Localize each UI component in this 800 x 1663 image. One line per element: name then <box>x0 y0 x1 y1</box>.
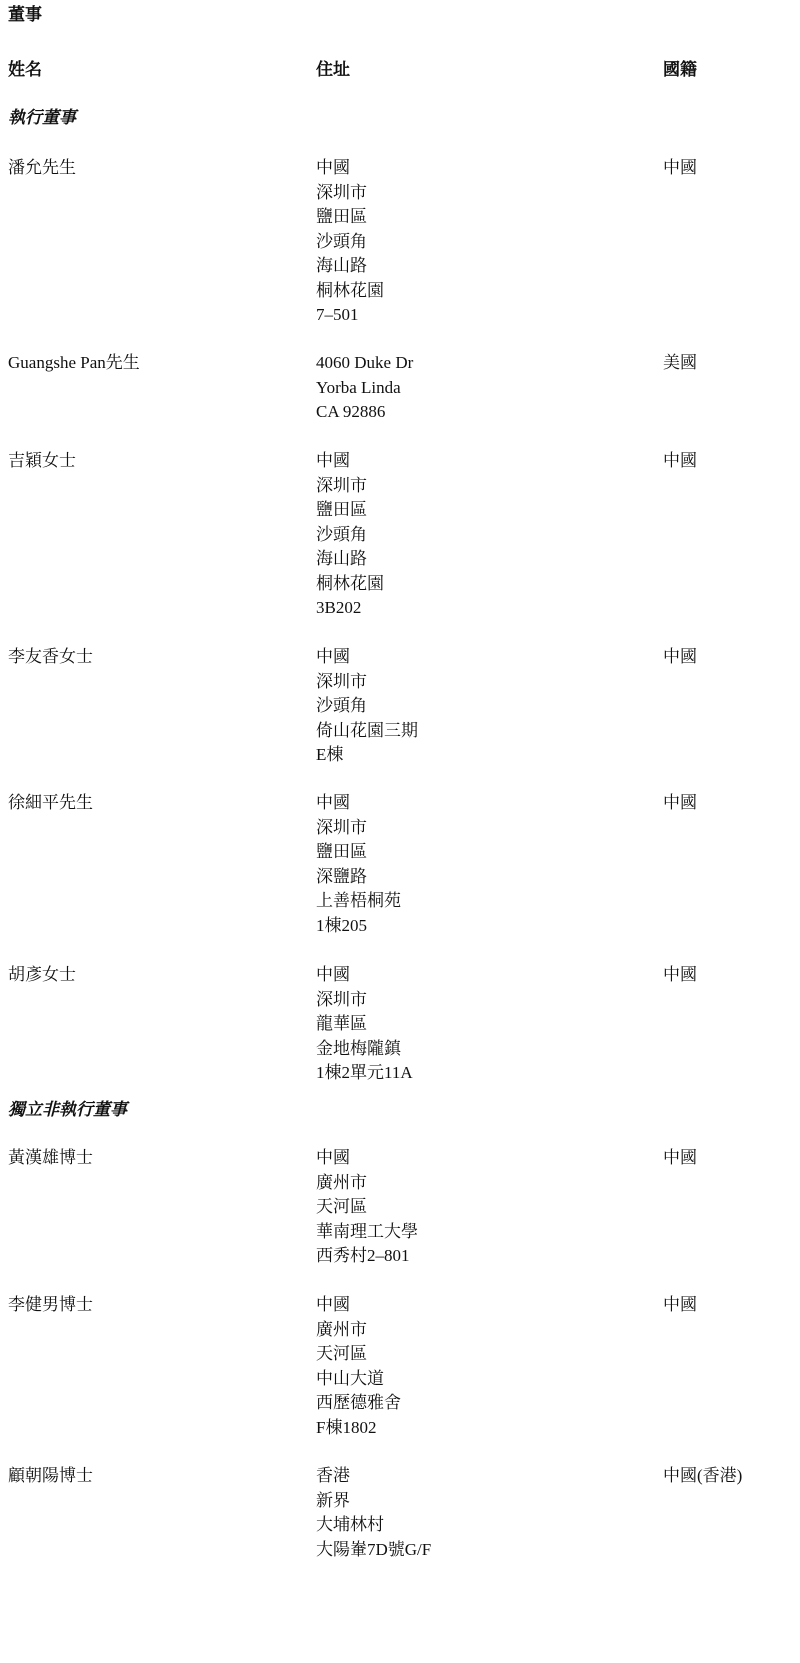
address-line: 天河區 <box>316 1342 401 1367</box>
address-line: 7–501 <box>316 303 384 328</box>
column-header-name: 姓名 <box>8 58 42 83</box>
director-address: 4060 Duke Dr Yorba Linda CA 92886 <box>316 351 413 425</box>
director-nationality: 中國 <box>663 449 697 474</box>
director-address: 中國 深圳市 鹽田區 沙頭角 海山路 桐林花園 7–501 <box>316 156 384 328</box>
address-line: 沙頭角 <box>316 523 384 548</box>
address-line: 中國 <box>316 645 418 670</box>
address-line: 鹽田區 <box>316 205 384 230</box>
address-line: 中國 <box>316 1293 401 1318</box>
address-line: 1棟205 <box>316 914 401 939</box>
section-heading-independent-non-executive-directors: 獨立非執行董事 <box>8 1098 127 1123</box>
director-name: 徐細平先生 <box>8 791 93 816</box>
director-nationality: 中國 <box>663 791 697 816</box>
address-line: 中國 <box>316 449 384 474</box>
address-line: CA 92886 <box>316 400 413 425</box>
address-line: E棟 <box>316 743 418 768</box>
director-address: 中國 廣州市 天河區 中山大道 西歷德雅舍 F棟1802 <box>316 1293 401 1440</box>
address-line: 西歷德雅舍 <box>316 1391 401 1416</box>
address-line: 深圳市 <box>316 988 413 1013</box>
address-line: 廣州市 <box>316 1318 401 1343</box>
director-name: 李友香女士 <box>8 645 93 670</box>
director-name: 顧朝陽博士 <box>8 1464 93 1489</box>
address-line: 西秀村2–801 <box>316 1244 418 1269</box>
director-nationality: 中國 <box>663 1146 697 1171</box>
address-line: 倚山花園三期 <box>316 719 418 744</box>
director-address: 香港 新界 大埔林村 大陽輋7D號G/F <box>316 1464 431 1562</box>
address-line: 中國 <box>316 963 413 988</box>
address-line: 大埔林村 <box>316 1513 431 1538</box>
address-line: 桐林花園 <box>316 572 384 597</box>
address-line: 鹽田區 <box>316 498 384 523</box>
address-line: 新界 <box>316 1489 431 1514</box>
address-line: 金地梅隴鎮 <box>316 1037 413 1062</box>
address-line: 4060 Duke Dr <box>316 351 413 376</box>
address-line: 華南理工大學 <box>316 1220 418 1245</box>
address-line: 中國 <box>316 1146 418 1171</box>
address-line: 中山大道 <box>316 1367 401 1392</box>
page-title: 董事 <box>8 3 42 28</box>
address-line: 香港 <box>316 1464 431 1489</box>
director-nationality: 中國 <box>663 1293 697 1318</box>
address-line: Yorba Linda <box>316 376 413 401</box>
address-line: 沙頭角 <box>316 694 418 719</box>
director-nationality: 美國 <box>663 351 697 376</box>
section-heading-executive-directors: 執行董事 <box>8 106 76 131</box>
director-address: 中國 深圳市 龍華區 金地梅隴鎮 1棟2單元11A <box>316 963 413 1086</box>
director-name: 黃漢雄博士 <box>8 1146 93 1171</box>
column-header-address: 住址 <box>316 58 350 83</box>
address-line: 深鹽路 <box>316 865 401 890</box>
address-line: 天河區 <box>316 1195 418 1220</box>
address-line: 中國 <box>316 156 384 181</box>
director-name: 李健男博士 <box>8 1293 93 1318</box>
address-line: 大陽輋7D號G/F <box>316 1538 431 1563</box>
director-address: 中國 深圳市 鹽田區 深鹽路 上善梧桐苑 1棟205 <box>316 791 401 938</box>
director-nationality: 中國(香港) <box>663 1464 742 1489</box>
director-nationality: 中國 <box>663 156 697 181</box>
director-name: Guangshe Pan先生 <box>8 351 140 376</box>
address-line: 鹽田區 <box>316 840 401 865</box>
address-line: 深圳市 <box>316 181 384 206</box>
director-address: 中國 深圳市 沙頭角 倚山花園三期 E棟 <box>316 645 418 768</box>
address-line: 海山路 <box>316 254 384 279</box>
director-name: 吉穎女士 <box>8 449 76 474</box>
director-nationality: 中國 <box>663 963 697 988</box>
address-line: 海山路 <box>316 547 384 572</box>
director-name: 潘允先生 <box>8 156 76 181</box>
address-line: 桐林花園 <box>316 279 384 304</box>
address-line: 廣州市 <box>316 1171 418 1196</box>
address-line: 3B202 <box>316 596 384 621</box>
address-line: 上善梧桐苑 <box>316 889 401 914</box>
address-line: 深圳市 <box>316 816 401 841</box>
address-line: 沙頭角 <box>316 230 384 255</box>
address-line: F棟1802 <box>316 1416 401 1441</box>
address-line: 1棟2單元11A <box>316 1061 413 1086</box>
director-address: 中國 深圳市 鹽田區 沙頭角 海山路 桐林花園 3B202 <box>316 449 384 621</box>
address-line: 龍華區 <box>316 1012 413 1037</box>
director-nationality: 中國 <box>663 645 697 670</box>
address-line: 深圳市 <box>316 670 418 695</box>
address-line: 中國 <box>316 791 401 816</box>
address-line: 深圳市 <box>316 474 384 499</box>
director-address: 中國 廣州市 天河區 華南理工大學 西秀村2–801 <box>316 1146 418 1269</box>
column-header-nationality: 國籍 <box>663 58 697 83</box>
director-name: 胡彥女士 <box>8 963 76 988</box>
